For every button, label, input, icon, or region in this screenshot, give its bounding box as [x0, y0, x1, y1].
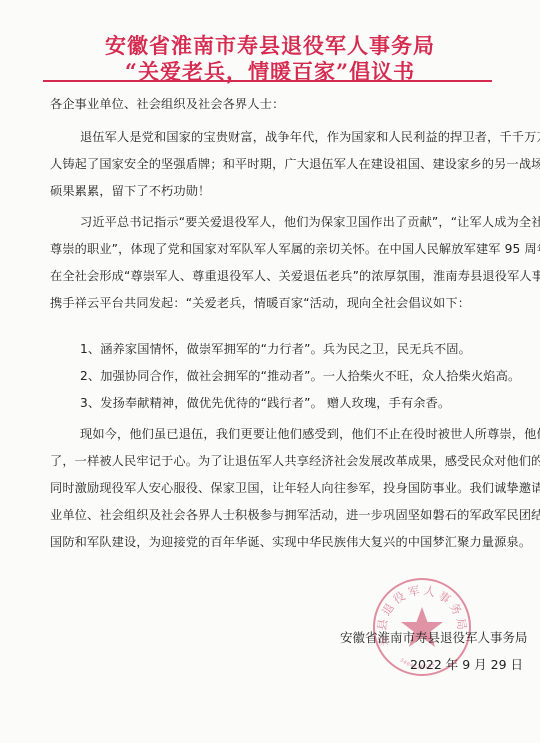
proposal-item-1: 1、涵养家国情怀，做崇军拥军的“力行者”。兵为民之卫，民无兵不固。 [80, 340, 471, 357]
signature-organization: 安徽省淮南市寿县退役军人事务局 [340, 628, 528, 646]
paragraph3-line5: 国防和军队建设，为迎接党的百年华诞、实现中华民族伟大复兴的中国梦汇聚力量源泉。 [50, 533, 531, 550]
paragraph2-line3: 在全社会形成“尊崇军人、尊重退役军人、关爱退伍老兵”的浓厚氛围，淮南寿县退役军人… [50, 267, 540, 284]
paragraph3-line4: 业单位、社会组织及社会各界人士积极参与拥军活动，进一步巩固坚如磐石的军政军民团结… [50, 506, 540, 523]
proposal-item-2: 2、加强协同合作，做社会拥军的“推动者”。一人拾柴火不旺，众人拾柴火焰高。 [80, 367, 520, 384]
paragraph2-line2: 尊崇的职业”，体现了党和国家对军队军人军属的亲切关怀。在中国人民解放军建军 95… [50, 240, 540, 257]
paragraph2-line4: 携手祥云平台共同发起：“关爱老兵，情暖百家“活动，现向全社会倡议如下： [50, 294, 470, 311]
paragraph3-line2: 了，一样被人民牢记于心。为了让退伍军人共享经济社会发展改革成果，感受民众对他们的… [50, 452, 540, 469]
salutation: 各企事业单位、社会组织及社会各界人士： [50, 95, 284, 112]
paragraph1-line1: 退伍军人是党和国家的宝贵财富，战争年代，作为国家和人民利益的捍卫者，千千万万的军 [80, 128, 540, 145]
paragraph2-line1: 习近平总书记指示“要关爱退役军人，他们为保家卫国作出了贡献”，“让军人成为全社会 [80, 213, 540, 230]
proposal-item-3: 3、发扬奉献精神，做优先优待的“践行者”。 赠人玫瑰，手有余香。 [80, 394, 450, 411]
title-divider-rule [43, 80, 492, 82]
signature-date: 2022 年 9 月 29 日 [410, 655, 523, 673]
paragraph3-line1: 现如今，他们虽已退伍，我们更要让他们感受到，他们不止在役时被世人所尊崇，他们退伍 [80, 425, 540, 442]
document-page: 安徽省淮南市寿县退役军人事务局 “关爱老兵，情暖百家”倡议书 各企事业单位、社会… [0, 0, 540, 743]
paragraph3-line3: 同时激励现役军人安心服役、保家卫国，让年轻人向往参军，投身国防事业。我们诚挚邀请… [50, 479, 540, 496]
paragraph1-line3: 硕果累累，留下了不朽功勋！ [50, 182, 210, 199]
paragraph1-line2: 人铸起了国家安全的坚强盾牌；和平时期，广大退伍军人在建设祖国、建设家乡的另一战场… [50, 155, 540, 172]
